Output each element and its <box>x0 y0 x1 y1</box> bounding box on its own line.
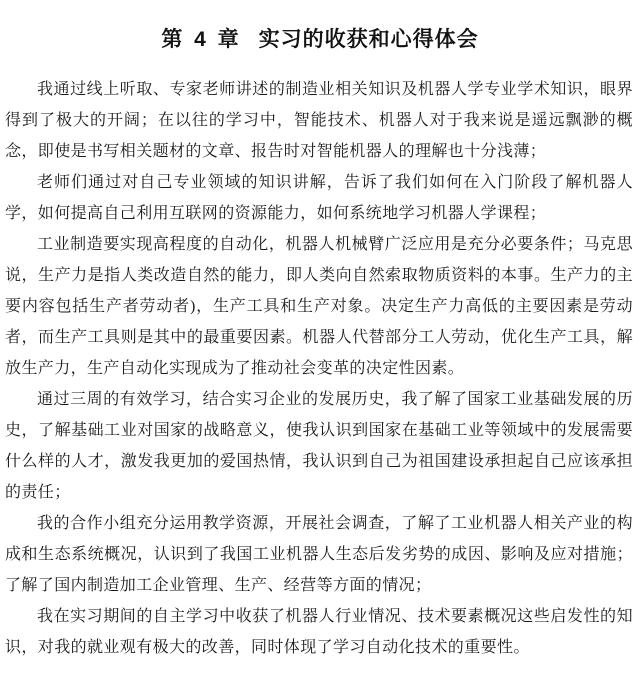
chapter-title: 实习的收获和心得体会 <box>259 28 479 51</box>
document-page: 第 4 章实习的收获和心得体会 我通过线上听取、专家老师讲述的制造业相关知识及机… <box>0 0 640 685</box>
paragraph-5: 我的合作小组充分运用教学资源，开展社会调查，了解了工业机器人相关产业的构成和生态… <box>5 508 633 601</box>
chapter-heading: 第 4 章实习的收获和心得体会 <box>0 0 640 53</box>
chapter-number: 第 4 章 <box>161 28 241 51</box>
paragraph-3: 工业制造要实现高程度的自动化，机器人机械臂广泛应用是充分必要条件；马克思说，生产… <box>5 229 633 384</box>
paragraph-6: 我在实习期间的自主学习中收获了机器人行业情况、技术要素概况这些启发性的知识，对我… <box>5 601 633 663</box>
paragraph-2: 老师们通过对自己专业领域的知识讲解，告诉了我们如何在入门阶段了解机器人学，如何提… <box>5 167 633 229</box>
document-body: 我通过线上听取、专家老师讲述的制造业相关知识及机器人学专业学术知识，眼界得到了极… <box>0 74 640 663</box>
paragraph-4: 通过三周的有效学习，结合实习企业的发展历史，我了解了国家工业基础发展的历史，了解… <box>5 384 633 508</box>
paragraph-1: 我通过线上听取、专家老师讲述的制造业相关知识及机器人学专业学术知识，眼界得到了极… <box>5 74 633 167</box>
